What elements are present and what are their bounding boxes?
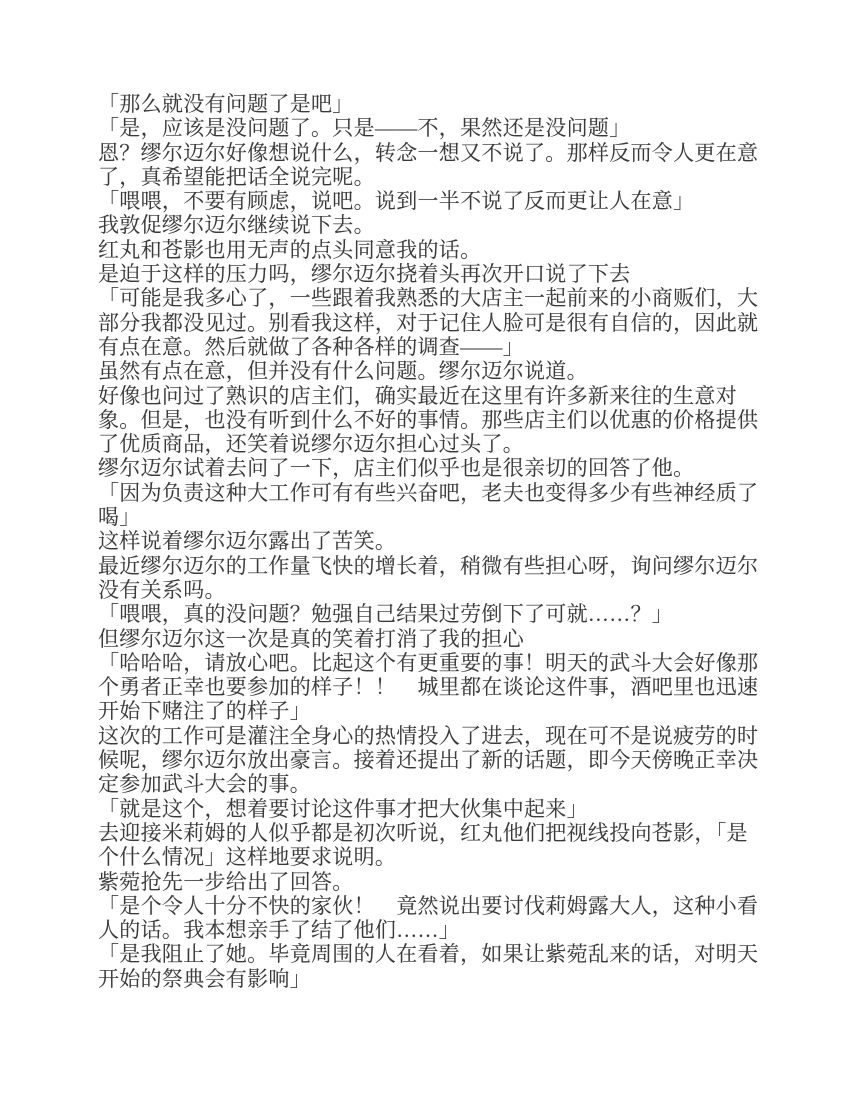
text-line: 虽然有点在意，但并没有什么问题。缪尔迈尔说道。 — [98, 359, 758, 383]
text-line: 有点在意。然后就做了各种各样的调查——」 — [98, 335, 758, 359]
text-line: 「是个令人十分不快的家伙！ 竟然说出要讨伐莉姆露大人，这种小看 — [98, 894, 758, 918]
text-line: 了优质商品，还笑着说缪尔迈尔担心过头了。 — [98, 432, 758, 456]
text-line: 「是，应该是没问题了。只是——不，果然还是没问题」 — [98, 116, 758, 140]
text-line: 没有关系吗。 — [98, 578, 758, 602]
text-line: 「就是这个，想着要讨论这件事才把大伙集中起来」 — [98, 797, 758, 821]
text-line: 定参加武斗大会的事。 — [98, 772, 758, 796]
text-line: 「喂喂，不要有顾虑，说吧。说到一半不说了反而更让人在意」 — [98, 189, 758, 213]
text-line: 开始的祭典会有影响」 — [98, 967, 758, 991]
text-line: 部分我都没见过。别看我这样，对于记住人脸可是很有自信的，因此就 — [98, 311, 758, 335]
text-line: 是迫于这样的压力吗，缪尔迈尔挠着头再次开口说了下去 — [98, 262, 758, 286]
text-line: 「因为负责这种大工作可有有些兴奋吧，老夫也变得多少有些神经质了 — [98, 481, 758, 505]
text-line: 喝」 — [98, 505, 758, 529]
text-line: 候呢，缪尔迈尔放出豪言。接着还提出了新的话题，即今天傍晚正幸决 — [98, 748, 758, 772]
text-line: 这次的工作可是灌注全身心的热情投入了进去，现在可不是说疲劳的时 — [98, 724, 758, 748]
text-line: 但缪尔迈尔这一次是真的笑着打消了我的担心 — [98, 627, 758, 651]
text-line: 这样说着缪尔迈尔露出了苦笑。 — [98, 529, 758, 553]
text-line: 了，真希望能把话全说完呢。 — [98, 165, 758, 189]
text-line: 恩？缪尔迈尔好像想说什么，转念一想又不说了。那样反而令人更在意 — [98, 141, 758, 165]
novel-text-block: 「那么就没有问题了是吧」 「是，应该是没问题了。只是——不，果然还是没问题」 恩… — [98, 92, 758, 991]
text-line: 「喂喂，真的没问题？勉强自己结果过劳倒下了可就……？」 — [98, 602, 758, 626]
text-line: 「哈哈哈，请放心吧。比起这个有更重要的事！明天的武斗大会好像那 — [98, 651, 758, 675]
text-line: 最近缪尔迈尔的工作量飞快的增长着，稍微有些担心呀，询问缪尔迈尔 — [98, 554, 758, 578]
novel-page: 「那么就没有问题了是吧」 「是，应该是没问题了。只是——不，果然还是没问题」 恩… — [0, 0, 850, 1100]
text-line: 去迎接米莉姆的人似乎都是初次听说，红丸他们把视线投向苍影，「是 — [98, 821, 758, 845]
text-line: 个什么情况」这样地要求说明。 — [98, 845, 758, 869]
text-line: 紫菀抢先一步给出了回答。 — [98, 870, 758, 894]
text-line: 红丸和苍影也用无声的点头同意我的话。 — [98, 238, 758, 262]
text-line: 好像也问过了熟识的店主们，确实最近在这里有许多新来往的生意对 — [98, 384, 758, 408]
text-line: 象。但是，也没有听到什么不好的事情。那些店主们以优惠的价格提供 — [98, 408, 758, 432]
text-line: 「那么就没有问题了是吧」 — [98, 92, 758, 116]
text-line: 「是我阻止了她。毕竟周围的人在看着，如果让紫菀乱来的话，对明天 — [98, 942, 758, 966]
text-line: 「可能是我多心了，一些跟着我熟悉的大店主一起前来的小商贩们，大 — [98, 286, 758, 310]
text-line: 开始下赌注了的样子」 — [98, 699, 758, 723]
text-line: 人的话。我本想亲手了结了他们……」 — [98, 918, 758, 942]
text-line: 我敦促缪尔迈尔继续说下去。 — [98, 213, 758, 237]
text-line: 个勇者正幸也要参加的样子！！ 城里都在谈论这件事，酒吧里也迅速 — [98, 675, 758, 699]
text-line: 缪尔迈尔试着去问了一下，店主们似乎也是很亲切的回答了他。 — [98, 456, 758, 480]
